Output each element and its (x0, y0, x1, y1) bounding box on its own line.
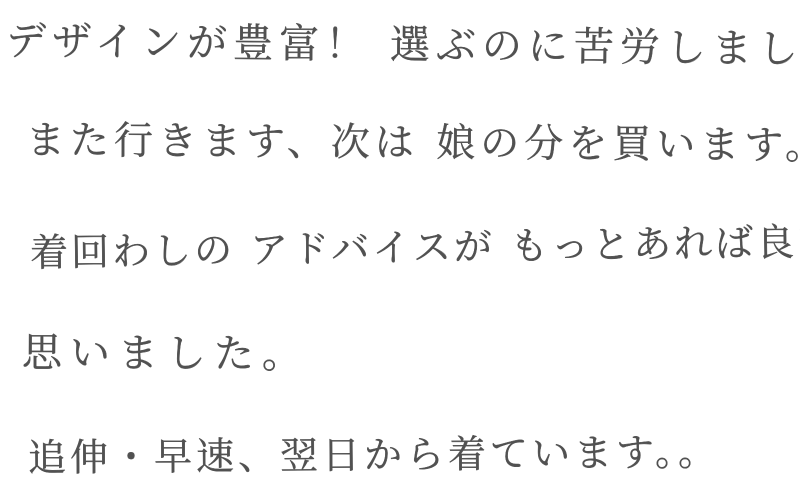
handwriting-line-4: 思いました。 (22, 321, 310, 380)
handwriting-line-1: デザインが豊富！ 選ぶのに苦労しました。 (6, 9, 800, 75)
handwritten-note-paper: デザインが豊富！ 選ぶのに苦労しました。 また行きます、次は 娘の分を買います。… (0, 0, 800, 495)
handwriting-line-2: また行きます、次は 娘の分を買います。 (26, 109, 800, 171)
handwriting-line-5: 追伸・早速、翌日から着ています。。 (28, 421, 720, 482)
handwriting-line-3: 着回わしの アドバイスが もっとあれば良いと (30, 210, 800, 277)
